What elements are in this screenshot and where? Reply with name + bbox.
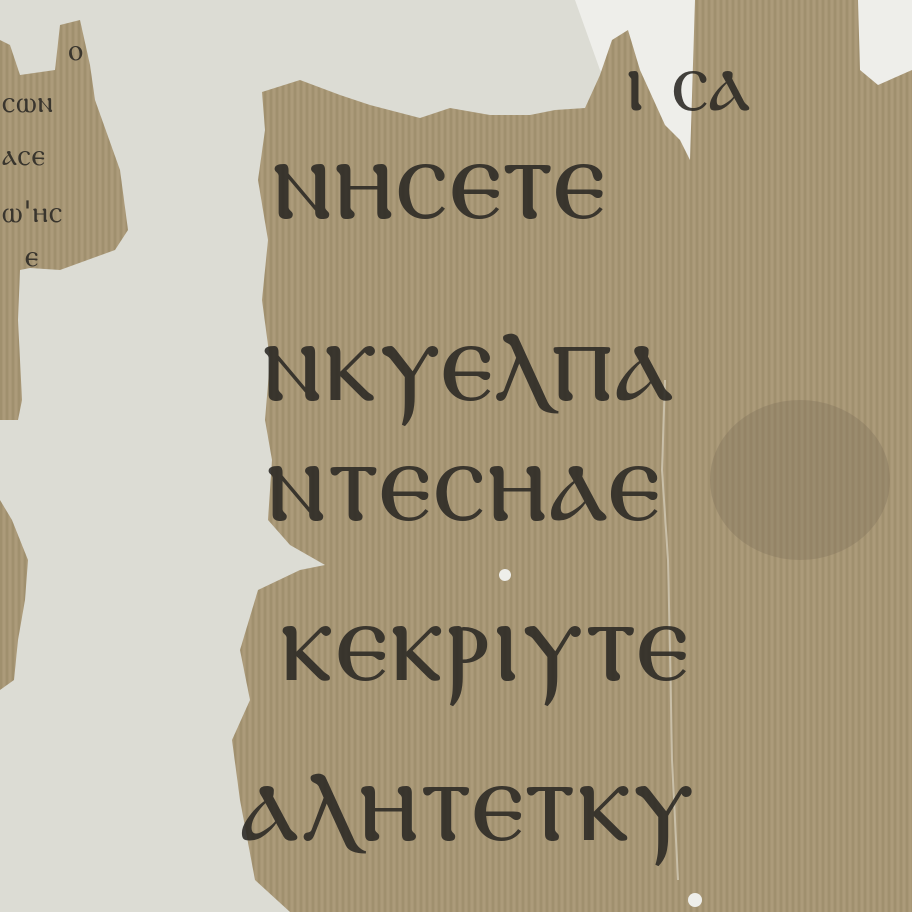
main-line-4: ⲕⲉⲕⲣⲓⲩⲧⲉ bbox=[280, 570, 691, 708]
main-line-5: ⲁⲗⲏⲧⲉⲧⲕⲩ bbox=[240, 730, 696, 868]
left-line-5: ⲉ bbox=[25, 239, 39, 274]
papyrus-photograph: ⲟ ⲥⲱⲛ ⲁⲥⲉ ⲱ'ⲏⲥ ⲉ ⲓ ⲥⲁ ⲛⲏⲥⲉⲧⲉ ⲛⲕⲩⲉⲗⲡⲁ ⲛⲧⲉ… bbox=[0, 0, 912, 912]
left-line-1: ⲟ bbox=[68, 33, 84, 68]
left-line-3: ⲁⲥⲉ bbox=[2, 138, 46, 173]
stain bbox=[710, 400, 890, 560]
main-line-2: ⲛⲕⲩⲉⲗⲡⲁ bbox=[262, 290, 676, 428]
left-line-4: ⲱ'ⲏⲥ bbox=[2, 195, 63, 230]
main-line-3: ⲛⲧⲉⲥⲏⲁⲉ bbox=[266, 410, 663, 548]
main-line-1: ⲛⲏⲥⲉⲧⲉ bbox=[272, 108, 608, 246]
main-line-0: ⲓ ⲥⲁ bbox=[625, 32, 750, 130]
left-line-2: ⲥⲱⲛ bbox=[2, 85, 54, 120]
hole bbox=[499, 569, 511, 581]
main-fragment: ⲓ ⲥⲁ ⲛⲏⲥⲉⲧⲉ ⲛⲕⲩⲉⲗⲡⲁ ⲛⲧⲉⲥⲏⲁⲉ ⲕⲉⲕⲣⲓⲩⲧⲉ ⲁⲗⲏ… bbox=[232, 0, 912, 912]
hole bbox=[688, 893, 702, 907]
